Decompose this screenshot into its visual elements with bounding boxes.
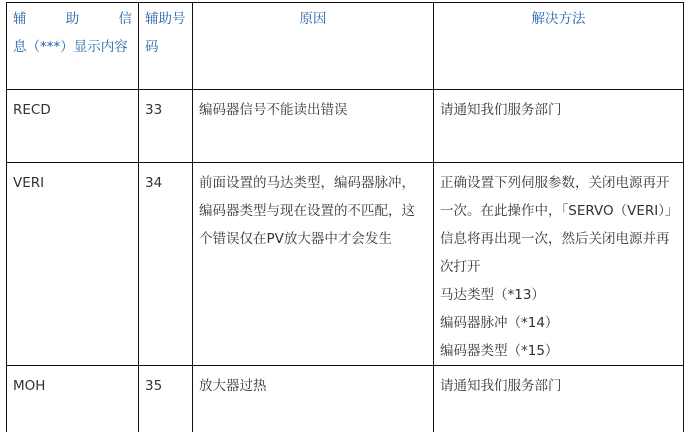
cell-display: VERI [7, 163, 139, 366]
cell-cause: 前面设置的马达类型，编码器脉冲，编码器类型与现在设置的不匹配，这个错误仅在PV放… [193, 163, 434, 366]
cell-code: 33 [139, 90, 193, 163]
header-solution: 解决方法 [434, 3, 684, 90]
header-code: 辅助号码 [139, 3, 193, 90]
header-display-rest: 息（***）显示内容 [13, 39, 128, 55]
header-display-line1: 辅 助 信 [13, 5, 132, 33]
solution-line: 编码器类型（*15） [440, 337, 677, 365]
cell-display: RECD [7, 90, 139, 163]
cell-code: 34 [139, 163, 193, 366]
cell-cause: 放大器过热 [193, 366, 434, 432]
cell-solution: 请通知我们服务部门 [434, 90, 684, 163]
solution-line: 编码器脉冲（*14） [440, 309, 677, 337]
solution-line: 马达类型（*13） [440, 281, 677, 309]
alarm-table: 辅 助 信 息（***）显示内容 辅助号码 原因 解决方法 RECD 33 编码… [6, 2, 684, 432]
table-row: MOH 35 放大器过热 请通知我们服务部门 [7, 366, 684, 432]
header-display-content: 辅 助 信 息（***）显示内容 [7, 3, 139, 90]
table-row: RECD 33 编码器信号不能读出错误 请通知我们服务部门 [7, 90, 684, 163]
header-cause: 原因 [193, 3, 434, 90]
solution-line: 正确设置下列伺服参数，关闭电源再开一次。在此操作中，「SERVO（VERI）」信… [440, 169, 677, 281]
cell-solution: 请通知我们服务部门 [434, 366, 684, 432]
cell-cause: 编码器信号不能读出错误 [193, 90, 434, 163]
cell-solution: 正确设置下列伺服参数，关闭电源再开一次。在此操作中，「SERVO（VERI）」信… [434, 163, 684, 366]
cell-display: MOH [7, 366, 139, 432]
solution-line: 请通知我们服务部门 [440, 378, 562, 394]
table-row: VERI 34 前面设置的马达类型，编码器脉冲，编码器类型与现在设置的不匹配，这… [7, 163, 684, 366]
cell-code: 35 [139, 366, 193, 432]
solution-line: 请通知我们服务部门 [440, 102, 562, 118]
table-header-row: 辅 助 信 息（***）显示内容 辅助号码 原因 解决方法 [7, 3, 684, 90]
